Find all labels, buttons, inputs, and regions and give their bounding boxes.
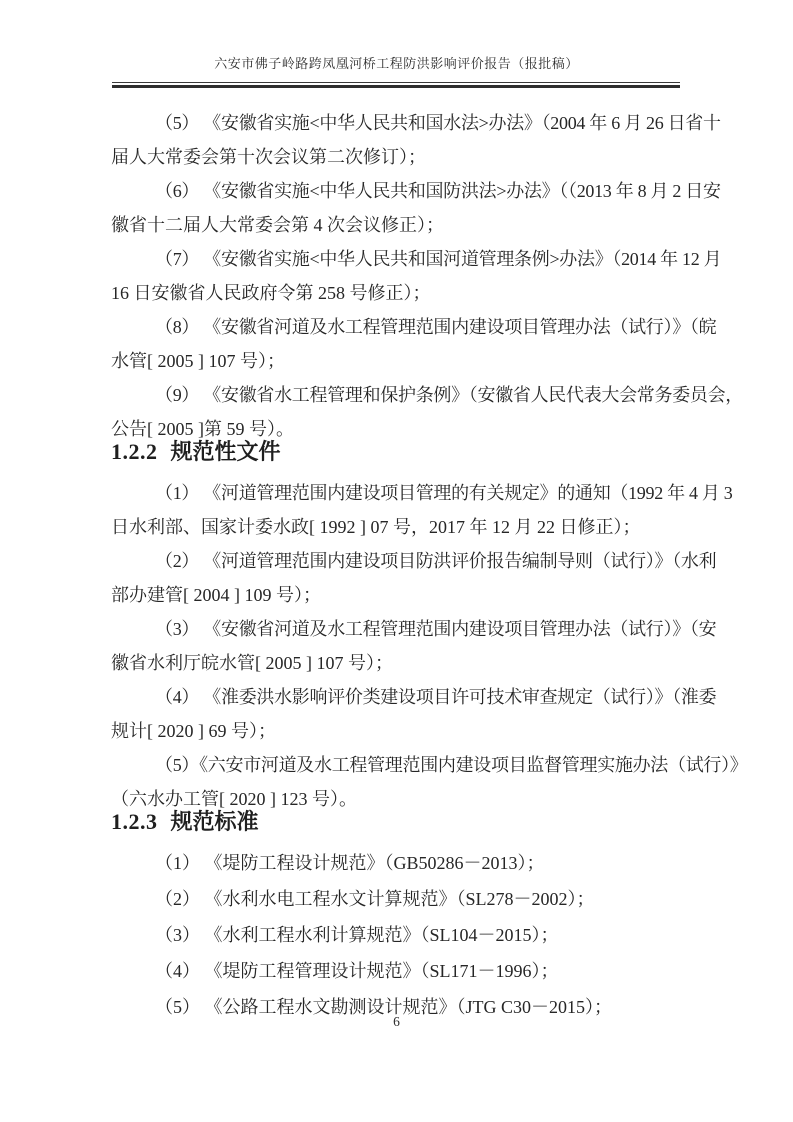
section-heading-title: 规范标准	[171, 809, 259, 834]
text-line: 徽省水利厅皖水管[ 2005 ] 107 号）；	[111, 646, 681, 680]
text-line: 规计[ 2020 ] 69 号）；	[111, 714, 681, 748]
text-line: （4） 《堤防工程管理设计规范》（SL171－1996）；	[111, 954, 681, 988]
text-line: 日水利部、国家计委水政[ 1992 ] 07 号，2017 年 12 月 22 …	[111, 510, 681, 544]
section-heading-number: 1.2.3	[111, 809, 158, 834]
section-s-1-2-3: （1） 《堤防工程设计规范》（GB50286－2013）；（2） 《水利水电工程…	[111, 846, 681, 1024]
text-line: （6） 《安徽省实施<中华人民共和国防洪法>办法》（（2013 年 8 月 2 …	[111, 174, 681, 208]
text-line: （3） 《安徽省河道及水工程管理范围内建设项目管理办法（试行）》（安	[111, 612, 681, 646]
paragraph: （1） 《堤防工程设计规范》（GB50286－2013）；	[111, 846, 681, 880]
paragraph: （7） 《安徽省实施<中华人民共和国河道管理条例>办法》（2014 年 12 月…	[111, 242, 681, 310]
report-page: 六安市佛子岭路跨凤凰河桥工程防洪影响评价报告（报批稿） （5） 《安徽省实施<中…	[0, 0, 793, 1122]
section-heading-number: 1.2.2	[111, 439, 158, 464]
text-line: （9） 《安徽省水工程管理和保护条例》（安徽省人民代表大会常务委员会，	[111, 378, 681, 412]
section-heading: 1.2.3规范标准	[111, 808, 681, 836]
header-rule	[112, 82, 680, 88]
paragraph: （5）《六安市河道及水工程管理范围内建设项目监督管理实施办法（试行）》（六水办工…	[111, 748, 681, 816]
text-line: 水管[ 2005 ] 107 号）；	[111, 344, 681, 378]
paragraph: （9） 《安徽省水工程管理和保护条例》（安徽省人民代表大会常务委员会，公告[ 2…	[111, 378, 681, 446]
text-line: （1） 《河道管理范围内建设项目管理的有关规定》的通知（1992 年 4 月 3	[111, 476, 681, 510]
text-line: （5） 《安徽省实施<中华人民共和国水法>办法》（2004 年 6 月 26 日…	[111, 106, 681, 140]
section-s-1-2-2: （1） 《河道管理范围内建设项目管理的有关规定》的通知（1992 年 4 月 3…	[111, 476, 681, 816]
section-heading-title: 规范性文件	[171, 439, 281, 464]
document-body: （5） 《安徽省实施<中华人民共和国水法>办法》（2004 年 6 月 26 日…	[111, 106, 681, 1026]
header-rule-thick	[112, 85, 680, 88]
section-laws-continued: （5） 《安徽省实施<中华人民共和国水法>办法》（2004 年 6 月 26 日…	[111, 106, 681, 446]
text-line: （8） 《安徽省河道及水工程管理范围内建设项目管理办法（试行）》（皖	[111, 310, 681, 344]
header-title: 六安市佛子岭路跨凤凰河桥工程防洪影响评价报告（报批稿）	[0, 53, 793, 72]
paragraph: （2） 《河道管理范围内建设项目防洪评价报告编制导则（试行）》（水利部办建管[ …	[111, 544, 681, 612]
text-line: 徽省十二届人大常委会第 4 次会议修正）；	[111, 208, 681, 242]
text-line: （5）《六安市河道及水工程管理范围内建设项目监督管理实施办法（试行）》	[111, 748, 681, 782]
text-line: 部办建管[ 2004 ] 109 号）；	[111, 578, 681, 612]
paragraph: （1） 《河道管理范围内建设项目管理的有关规定》的通知（1992 年 4 月 3…	[111, 476, 681, 544]
text-line: （3） 《水利工程水利计算规范》（SL104－2015）；	[111, 918, 681, 952]
text-line: （2） 《水利水电工程水文计算规范》（SL278－2002）；	[111, 882, 681, 916]
text-line: 16 日安徽省人民政府令第 258 号修正）；	[111, 276, 681, 310]
paragraph: （2） 《水利水电工程水文计算规范》（SL278－2002）；	[111, 882, 681, 916]
text-line: （1） 《堤防工程设计规范》（GB50286－2013）；	[111, 846, 681, 880]
paragraph: （8） 《安徽省河道及水工程管理范围内建设项目管理办法（试行）》（皖水管[ 20…	[111, 310, 681, 378]
text-line: 届人大常委会第十次会议第二次修订）；	[111, 140, 681, 174]
text-line: （2） 《河道管理范围内建设项目防洪评价报告编制导则（试行）》（水利	[111, 544, 681, 578]
paragraph: （4） 《堤防工程管理设计规范》（SL171－1996）；	[111, 954, 681, 988]
text-line: （7） 《安徽省实施<中华人民共和国河道管理条例>办法》（2014 年 12 月	[111, 242, 681, 276]
paragraph: （5） 《安徽省实施<中华人民共和国水法>办法》（2004 年 6 月 26 日…	[111, 106, 681, 174]
page-number: 6	[393, 1014, 400, 1029]
paragraph: （4） 《淮委洪水影响评价类建设项目许可技术审查规定（试行）》（淮委规计[ 20…	[111, 680, 681, 748]
paragraph: （3） 《安徽省河道及水工程管理范围内建设项目管理办法（试行）》（安徽省水利厅皖…	[111, 612, 681, 680]
paragraph: （6） 《安徽省实施<中华人民共和国防洪法>办法》（（2013 年 8 月 2 …	[111, 174, 681, 242]
header-rule-thin	[112, 82, 680, 83]
page-footer: 6	[0, 1014, 793, 1030]
paragraph: （3） 《水利工程水利计算规范》（SL104－2015）；	[111, 918, 681, 952]
section-heading: 1.2.2规范性文件	[111, 438, 681, 466]
text-line: （4） 《淮委洪水影响评价类建设项目许可技术审查规定（试行）》（淮委	[111, 680, 681, 714]
